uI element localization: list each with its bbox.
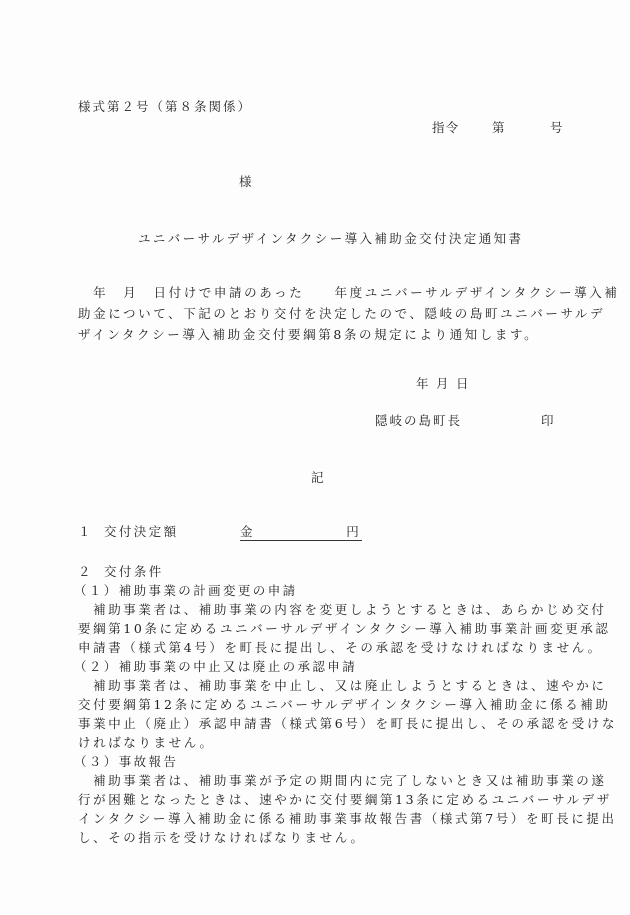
date-year: 年: [416, 376, 436, 392]
ki-heading: 記: [311, 470, 325, 486]
document-page: 様式第２号（第８条関係） 指令第号 様 ユニバーサルデザインタクシー導入補助金交…: [0, 0, 630, 915]
reference-prefix: 指令: [432, 120, 492, 136]
condition-line: 補助事業者は、補助事業が予定の期間内に完了しないとき又は補助事業の遂: [78, 771, 558, 790]
body-line: ザインタクシー導入補助金交付要綱第8条の規定により通知します。: [78, 324, 554, 345]
condition-line: 補助事業者は、補助事業を中止し、又は廃止しようとするときは、速やかに: [78, 676, 558, 695]
section-number: ２: [78, 562, 104, 581]
condition-line: インタクシー導入補助金に係る補助事業事故報告書（様式第7号）を町長に提出: [78, 809, 558, 828]
condition-line: 申請書（様式第4号）を町長に提出し、その承認を受けなければなりません。: [78, 638, 558, 657]
body-line: 年 月 日付けで申請のあった 年度ユニバーサルデザインタクシー導入補: [78, 282, 554, 303]
condition-line: し、その指示を受けなければなりません。: [78, 828, 558, 847]
condition-line: 交付要綱第12条に定めるユニバーサルデザインタクシー導入補助金に係る補助: [78, 695, 558, 714]
amount-prefix: 金: [240, 524, 254, 540]
reference-go: 号: [550, 120, 564, 136]
grant-amount-label: 交付決定額: [104, 524, 240, 540]
condition-line: 行が困難となったときは、速やかに交付要綱第13条に定めるユニバーサルデザ: [78, 790, 558, 809]
reference-number: 指令第号: [432, 120, 564, 136]
seal-mark: 印: [541, 413, 555, 429]
conditions-label: 交付条件: [104, 564, 164, 579]
grant-conditions: ２交付条件 （１）補助事業の計画変更の申請 補助事業者は、補助事業の内容を変更し…: [78, 562, 558, 847]
sender: 隠岐の島町長印: [375, 413, 555, 429]
reference-dai: 第: [492, 120, 550, 136]
grant-amount-row: １交付決定額金円: [78, 524, 362, 541]
grant-amount-field: 金円: [240, 524, 362, 541]
condition-heading: （１）補助事業の計画変更の申請: [74, 581, 558, 600]
issue-date: 年月日: [416, 376, 470, 392]
amount-suffix: 円: [346, 524, 360, 540]
sender-name: 隠岐の島町長: [375, 413, 541, 429]
section-number: １: [78, 524, 104, 540]
date-month: 月: [436, 376, 456, 392]
document-title: ユニバーサルデザインタクシー導入補助金交付決定通知書: [138, 231, 523, 247]
condition-line: ければなりません。: [78, 733, 558, 752]
body-line: 助金について、下記のとおり交付を決定したので、隠岐の島町ユニバーサルデ: [78, 303, 554, 324]
condition-line: 事業中止（廃止）承認申請書（様式第6号）を町長に提出し、その承認を受けな: [78, 714, 558, 733]
condition-heading: （３）事故報告: [74, 752, 558, 771]
conditions-heading: ２交付条件: [78, 562, 558, 581]
form-number: 様式第２号（第８条関係）: [78, 99, 252, 115]
condition-line: 要綱第10条に定めるユニバーサルデザインタクシー導入補助事業計画変更承認: [78, 619, 558, 638]
addressee: 様: [239, 174, 253, 190]
body-paragraph: 年 月 日付けで申請のあった 年度ユニバーサルデザインタクシー導入補 助金につい…: [78, 282, 554, 345]
condition-line: 補助事業者は、補助事業の内容を変更しようとするときは、あらかじめ交付: [78, 600, 558, 619]
condition-heading: （２）補助事業の中止又は廃止の承認申請: [74, 657, 558, 676]
date-day: 日: [456, 376, 470, 392]
